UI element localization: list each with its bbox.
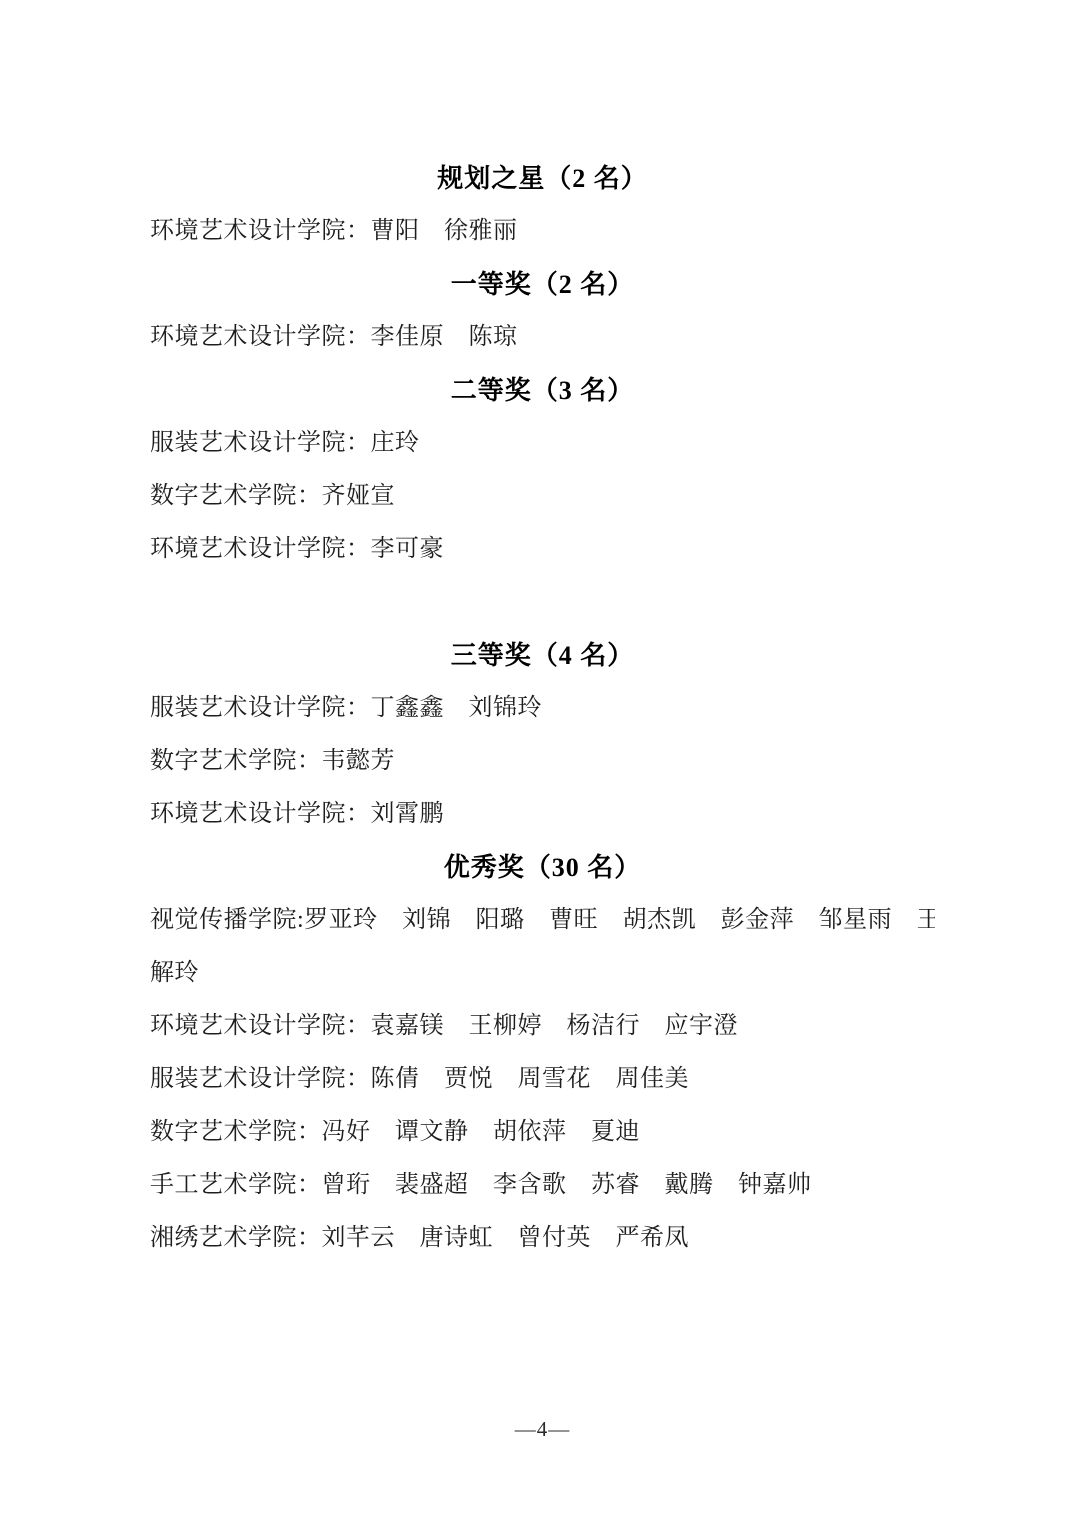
winner-line: 解玲 xyxy=(150,947,935,1000)
winner-line: 环境艺术设计学院：李佳原 陈琼 xyxy=(150,311,935,364)
award-section-second-prize: 二等奖（3 名）服装艺术设计学院：庄玲数字艺术学院：齐娅宣环境艺术设计学院：李可… xyxy=(150,364,935,576)
section-heading: 二等奖（3 名） xyxy=(150,364,935,417)
award-section-excellence-prize: 优秀奖（30 名）视觉传播学院:罗亚玲 刘锦 阳璐 曹旺 胡杰凯 彭金萍 邹星雨… xyxy=(150,841,935,1265)
winner-line: 环境艺术设计学院：李可豪 xyxy=(150,523,935,576)
awards-list: 规划之星（2 名）环境艺术设计学院：曹阳 徐雅丽一等奖（2 名）环境艺术设计学院… xyxy=(150,152,935,1265)
section-heading: 一等奖（2 名） xyxy=(150,258,935,311)
winner-line: 湘绣艺术学院：刘芊云 唐诗虹 曾付英 严希凤 xyxy=(150,1212,935,1265)
award-section-first-prize: 一等奖（2 名）环境艺术设计学院：李佳原 陈琼 xyxy=(150,258,935,364)
winner-line: 视觉传播学院:罗亚玲 刘锦 阳璐 曹旺 胡杰凯 彭金萍 邹星雨 王 xyxy=(150,894,935,947)
winner-line: 手工艺术学院：曾珩 裴盛超 李含歌 苏睿 戴腾 钟嘉帅 xyxy=(150,1159,935,1212)
section-heading: 规划之星（2 名） xyxy=(150,152,935,205)
winner-line: 数字艺术学院：韦懿芳 xyxy=(150,735,935,788)
section-heading: 优秀奖（30 名） xyxy=(150,841,935,894)
winner-line: 数字艺术学院：齐娅宣 xyxy=(150,470,935,523)
page-number: —4— xyxy=(150,1412,935,1446)
winner-line: 环境艺术设计学院：曹阳 徐雅丽 xyxy=(150,205,935,258)
document-page: 规划之星（2 名）环境艺术设计学院：曹阳 徐雅丽一等奖（2 名）环境艺术设计学院… xyxy=(0,0,1080,1527)
winner-line: 服装艺术设计学院：丁鑫鑫 刘锦玲 xyxy=(150,682,935,735)
winner-line: 服装艺术设计学院：庄玲 xyxy=(150,417,935,470)
award-section-third-prize: 三等奖（4 名）服装艺术设计学院：丁鑫鑫 刘锦玲数字艺术学院：韦懿芳环境艺术设计… xyxy=(150,629,935,841)
winner-line: 环境艺术设计学院：刘霄鹏 xyxy=(150,788,935,841)
winner-line: 数字艺术学院：冯好 谭文静 胡依萍 夏迪 xyxy=(150,1106,935,1159)
winner-line: 服装艺术设计学院：陈倩 贾悦 周雪花 周佳美 xyxy=(150,1053,935,1106)
section-heading: 三等奖（4 名） xyxy=(150,629,935,682)
award-section-planning-star: 规划之星（2 名）环境艺术设计学院：曹阳 徐雅丽 xyxy=(150,152,935,258)
winner-line: 环境艺术设计学院：袁嘉镁 王柳婷 杨洁行 应宇澄 xyxy=(150,1000,935,1053)
